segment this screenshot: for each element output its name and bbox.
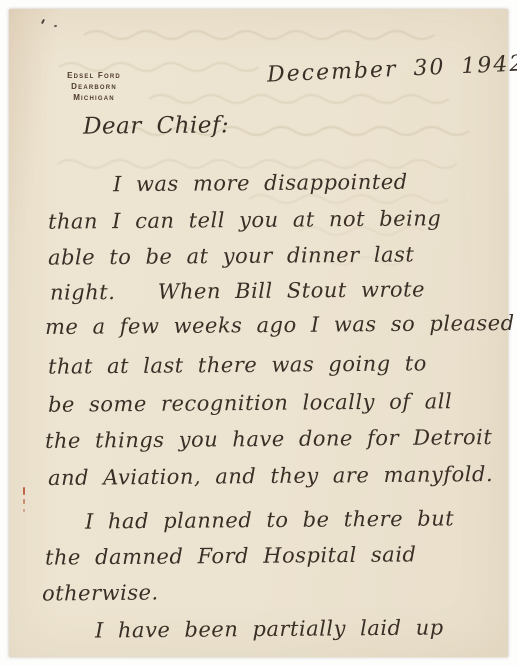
letterhead: Edsel Ford Dearborn Michigan xyxy=(55,70,133,103)
body-line: the things you have done for Detroit xyxy=(45,424,492,454)
letterhead-city: Dearborn xyxy=(55,81,133,92)
body-line: night. When Bill Stout wrote xyxy=(50,276,425,305)
letterhead-state: Michigan xyxy=(55,92,133,103)
body-line: otherwise. xyxy=(42,579,159,606)
body-line: that at last there was going to xyxy=(48,350,427,379)
red-margin-mark xyxy=(23,499,25,504)
salutation: Dear Chief: xyxy=(83,112,229,139)
red-margin-mark xyxy=(23,487,25,495)
body-line: I have been partially laid up xyxy=(95,614,444,643)
body-line: me a few weeks ago I was so pleased xyxy=(45,310,515,340)
body-line: able to be at your dinner last xyxy=(48,241,414,270)
letterhead-name: Edsel Ford xyxy=(55,70,133,81)
body-line: the damned Ford Hospital said xyxy=(45,541,417,570)
body-line: I was more disappointed xyxy=(113,169,408,198)
body-line: than I can tell you at not being xyxy=(48,205,442,234)
body-line: be some recognition locally of all xyxy=(48,388,452,418)
letter-page: Edsel Ford Dearborn Michigan December 30… xyxy=(9,9,508,657)
red-margin-mark xyxy=(23,509,25,512)
body-line: and Aviation, and they are manyfold. xyxy=(48,461,493,491)
scan-background: Edsel Ford Dearborn Michigan December 30… xyxy=(0,0,517,666)
body-line: I had planned to be there but xyxy=(85,505,454,534)
